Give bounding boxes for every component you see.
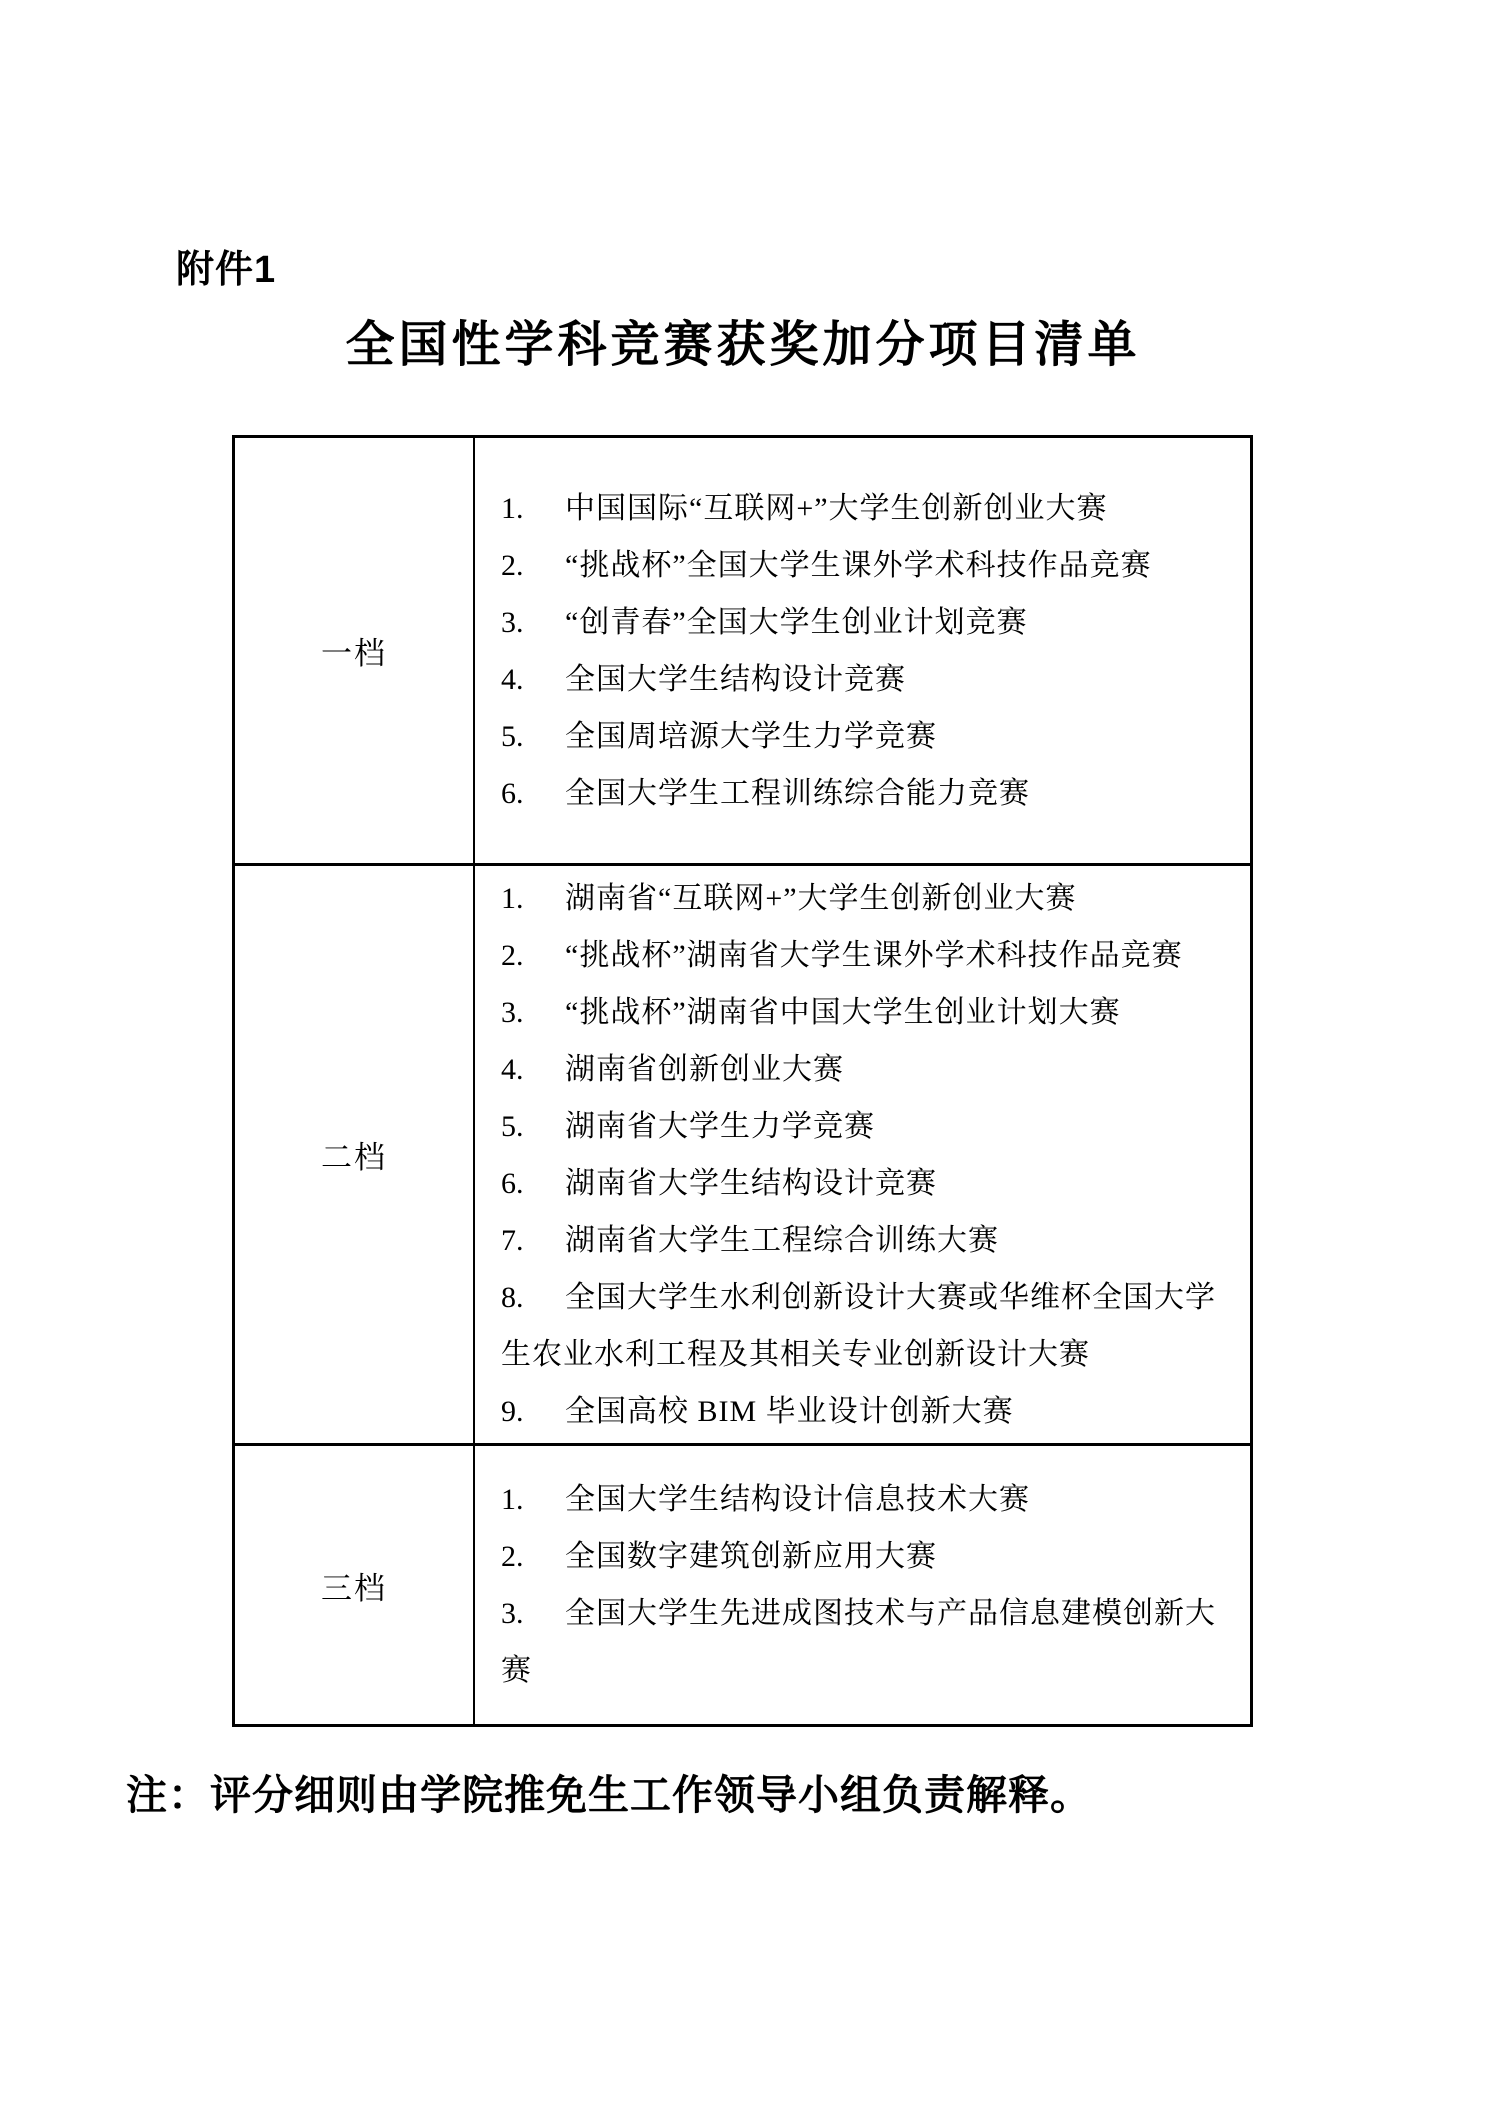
competition-item: 5.全国周培源大学生力学竞赛 (501, 708, 1236, 765)
item-text: 中国国际“互联网+”大学生创新创业大赛 (565, 492, 1108, 525)
item-number: 2. (501, 927, 565, 984)
item-text: 湖南省大学生工程综合训练大赛 (565, 1224, 999, 1257)
awards-table: 一档1.中国国际“互联网+”大学生创新创业大赛2.“挑战杯”全国大学生课外学术科… (232, 435, 1253, 1727)
item-text: 全国大学生水利创新设计大赛或华维杯全国大学生农业水利工程及其相关专业创新设计大赛 (501, 1281, 1216, 1371)
item-number: 3. (501, 594, 565, 651)
item-number: 6. (501, 765, 565, 822)
item-text: 全国周培源大学生力学竞赛 (565, 720, 937, 753)
item-number: 2. (501, 1528, 565, 1585)
competition-item: 3.“挑战杯”湖南省中国大学生创业计划大赛 (501, 984, 1236, 1041)
item-number: 3. (501, 1585, 565, 1642)
competition-item: 6.湖南省大学生结构设计竞赛 (501, 1155, 1236, 1212)
item-text: 全国大学生结构设计竞赛 (565, 663, 906, 696)
tier-label: 二档 (235, 866, 475, 1443)
competition-item: 9.全国高校 BIM 毕业设计创新大赛 (501, 1383, 1236, 1440)
item-text: 全国大学生结构设计信息技术大赛 (565, 1483, 1030, 1516)
item-number: 1. (501, 480, 565, 537)
item-text: “挑战杯”湖南省中国大学生创业计划大赛 (565, 996, 1121, 1029)
item-text: 湖南省创新创业大赛 (565, 1053, 844, 1086)
competition-item: 3.全国大学生先进成图技术与产品信息建模创新大赛 (501, 1585, 1236, 1699)
competition-item: 1.中国国际“互联网+”大学生创新创业大赛 (501, 480, 1236, 537)
table-row: 三档1.全国大学生结构设计信息技术大赛2.全国数字建筑创新应用大赛3.全国大学生… (235, 1443, 1250, 1724)
competition-item: 6.全国大学生工程训练综合能力竞赛 (501, 765, 1236, 822)
item-text: 全国高校 BIM 毕业设计创新大赛 (565, 1395, 1014, 1428)
item-text: “创青春”全国大学生创业计划竞赛 (565, 606, 1028, 639)
item-number: 6. (501, 1155, 565, 1212)
tier-items: 1.中国国际“互联网+”大学生创新创业大赛2.“挑战杯”全国大学生课外学术科技作… (475, 438, 1250, 863)
item-number: 4. (501, 651, 565, 708)
competition-item: 8.全国大学生水利创新设计大赛或华维杯全国大学生农业水利工程及其相关专业创新设计… (501, 1269, 1236, 1383)
item-number: 9. (501, 1383, 565, 1440)
item-text: 湖南省大学生力学竞赛 (565, 1110, 875, 1143)
item-number: 5. (501, 708, 565, 765)
attachment-label: 附件1 (176, 238, 276, 293)
item-number: 1. (501, 870, 565, 927)
item-text: “挑战杯”湖南省大学生课外学术科技作品竞赛 (565, 939, 1183, 972)
item-text: 湖南省“互联网+”大学生创新创业大赛 (565, 882, 1077, 915)
table-row: 一档1.中国国际“互联网+”大学生创新创业大赛2.“挑战杯”全国大学生课外学术科… (235, 438, 1250, 863)
competition-item: 7.湖南省大学生工程综合训练大赛 (501, 1212, 1236, 1269)
note-text: 注：评分细则由学院推免生工作领导小组负责解释。 (126, 1762, 1366, 1821)
competition-item: 3.“创青春”全国大学生创业计划竞赛 (501, 594, 1236, 651)
document-page: 附件1 全国性学科竞赛获奖加分项目清单 一档1.中国国际“互联网+”大学生创新创… (0, 0, 1486, 2103)
item-number: 4. (501, 1041, 565, 1098)
item-number: 5. (501, 1098, 565, 1155)
item-number: 7. (501, 1212, 565, 1269)
page-title: 全国性学科竞赛获奖加分项目清单 (0, 306, 1486, 376)
table-row: 二档1.湖南省“互联网+”大学生创新创业大赛2.“挑战杯”湖南省大学生课外学术科… (235, 863, 1250, 1443)
item-text: 全国大学生工程训练综合能力竞赛 (565, 777, 1030, 810)
competition-item: 2.“挑战杯”全国大学生课外学术科技作品竞赛 (501, 537, 1236, 594)
competition-item: 1.湖南省“互联网+”大学生创新创业大赛 (501, 870, 1236, 927)
competition-item: 2.“挑战杯”湖南省大学生课外学术科技作品竞赛 (501, 927, 1236, 984)
competition-item: 4.湖南省创新创业大赛 (501, 1041, 1236, 1098)
competition-item: 4.全国大学生结构设计竞赛 (501, 651, 1236, 708)
item-number: 8. (501, 1269, 565, 1326)
tier-items: 1.湖南省“互联网+”大学生创新创业大赛2.“挑战杯”湖南省大学生课外学术科技作… (475, 866, 1250, 1443)
tier-label: 三档 (235, 1446, 475, 1724)
item-text: 全国大学生先进成图技术与产品信息建模创新大赛 (501, 1597, 1216, 1687)
item-text: 湖南省大学生结构设计竞赛 (565, 1167, 937, 1200)
item-number: 1. (501, 1471, 565, 1528)
item-number: 2. (501, 537, 565, 594)
tier-label: 一档 (235, 438, 475, 863)
item-text: 全国数字建筑创新应用大赛 (565, 1540, 937, 1573)
item-number: 3. (501, 984, 565, 1041)
competition-item: 1.全国大学生结构设计信息技术大赛 (501, 1471, 1236, 1528)
tier-items: 1.全国大学生结构设计信息技术大赛2.全国数字建筑创新应用大赛3.全国大学生先进… (475, 1446, 1250, 1724)
competition-item: 5.湖南省大学生力学竞赛 (501, 1098, 1236, 1155)
competition-item: 2.全国数字建筑创新应用大赛 (501, 1528, 1236, 1585)
item-text: “挑战杯”全国大学生课外学术科技作品竞赛 (565, 549, 1152, 582)
